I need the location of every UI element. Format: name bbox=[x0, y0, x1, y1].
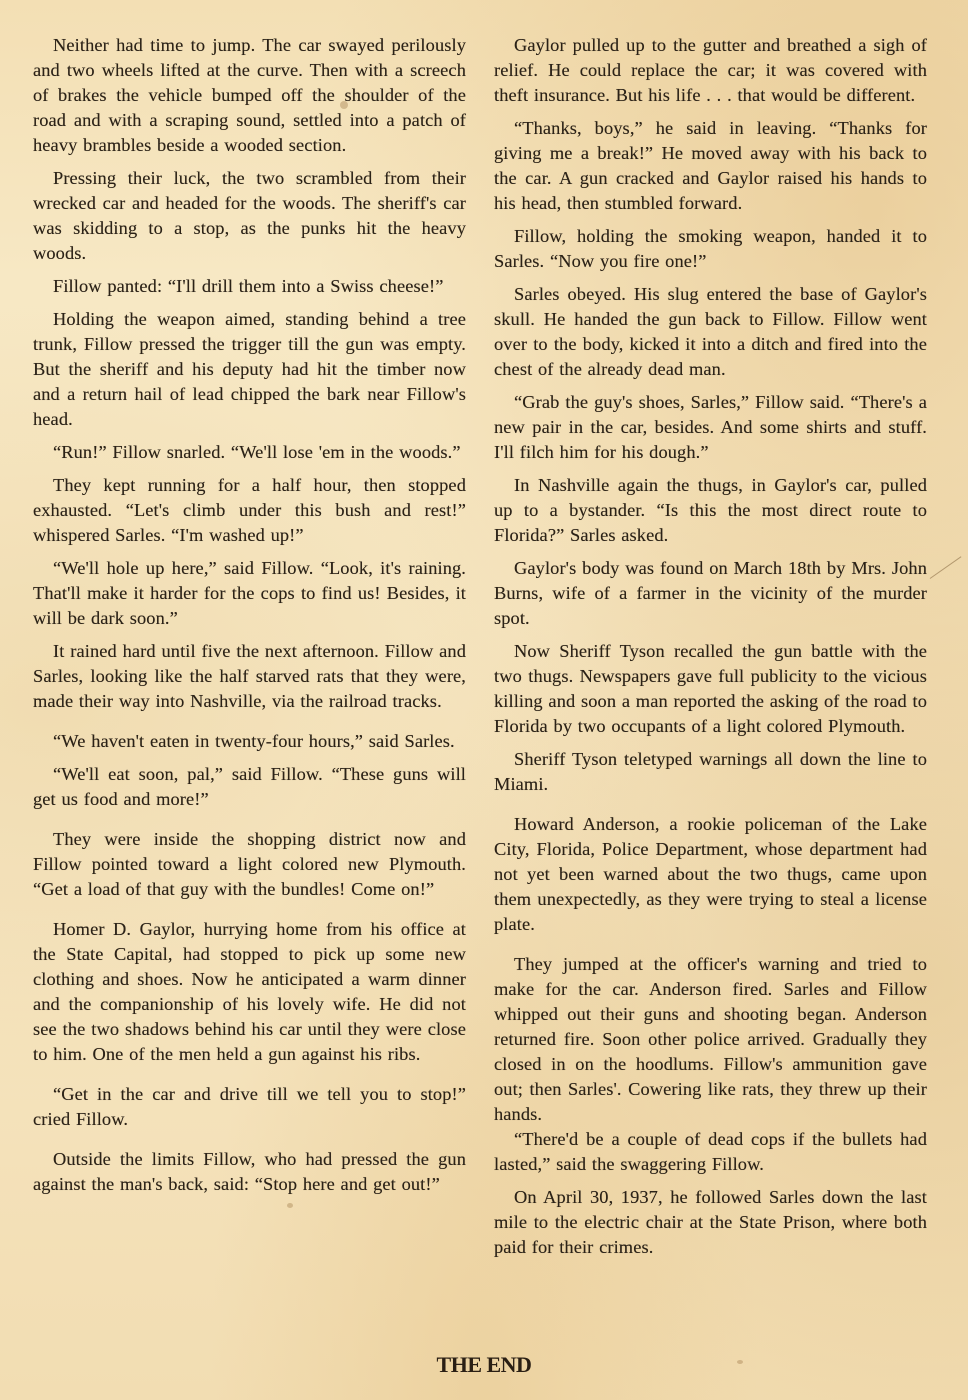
paragraph: Sheriff Tyson teletyped warnings all dow… bbox=[494, 747, 927, 797]
the-end-footer: THE END bbox=[0, 1352, 968, 1378]
paper-crease bbox=[930, 556, 962, 579]
paragraph: “Thanks, boys,” he said in leaving. “Tha… bbox=[494, 116, 927, 216]
right-text-column: Gaylor pulled up to the gutter and breat… bbox=[494, 33, 927, 1268]
paragraph: Outside the limits Fillow, who had press… bbox=[33, 1147, 466, 1197]
paper-stain bbox=[287, 1203, 293, 1208]
paragraph: “We'll eat soon, pal,” said Fillow. “The… bbox=[33, 762, 466, 812]
left-text-column: Neither had time to jump. The car swayed… bbox=[33, 33, 466, 1205]
paragraph: Gaylor's body was found on March 18th by… bbox=[494, 556, 927, 631]
paragraph: “We haven't eaten in twenty-four hours,”… bbox=[33, 729, 466, 754]
paper-stain bbox=[340, 101, 348, 109]
paper-stain bbox=[737, 1360, 743, 1364]
paragraph: Now Sheriff Tyson recalled the gun battl… bbox=[494, 639, 927, 739]
paragraph: Homer D. Gaylor, hurrying home from his … bbox=[33, 917, 466, 1067]
paragraph: They jumped at the officer's warning and… bbox=[494, 952, 927, 1127]
paragraph: “Run!” Fillow snarled. “We'll lose 'em i… bbox=[33, 440, 466, 465]
paragraph: They kept running for a half hour, then … bbox=[33, 473, 466, 548]
paragraph: Holding the weapon aimed, standing behin… bbox=[33, 307, 466, 432]
paragraph: “Get in the car and drive till we tell y… bbox=[33, 1082, 466, 1132]
paragraph: In Nashville again the thugs, in Gaylor'… bbox=[494, 473, 927, 548]
paragraph: Neither had time to jump. The car swayed… bbox=[33, 33, 466, 158]
paragraph: Fillow panted: “I'll drill them into a S… bbox=[33, 274, 466, 299]
paragraph: “There'd be a couple of dead cops if the… bbox=[494, 1127, 927, 1177]
paragraph: Gaylor pulled up to the gutter and breat… bbox=[494, 33, 927, 108]
paragraph: It rained hard until five the next after… bbox=[33, 639, 466, 714]
paragraph: They were inside the shopping district n… bbox=[33, 827, 466, 902]
paragraph: “Grab the guy's shoes, Sarles,” Fillow s… bbox=[494, 390, 927, 465]
paragraph: Sarles obeyed. His slug entered the base… bbox=[494, 282, 927, 382]
comic-text-page: Neither had time to jump. The car swayed… bbox=[0, 0, 968, 1400]
paragraph: Pressing their luck, the two scrambled f… bbox=[33, 166, 466, 266]
paragraph: Fillow, holding the smoking weapon, hand… bbox=[494, 224, 927, 274]
paragraph: “We'll hole up here,” said Fillow. “Look… bbox=[33, 556, 466, 631]
paragraph: On April 30, 1937, he followed Sarles do… bbox=[494, 1185, 927, 1260]
paragraph: Howard Anderson, a rookie policeman of t… bbox=[494, 812, 927, 937]
